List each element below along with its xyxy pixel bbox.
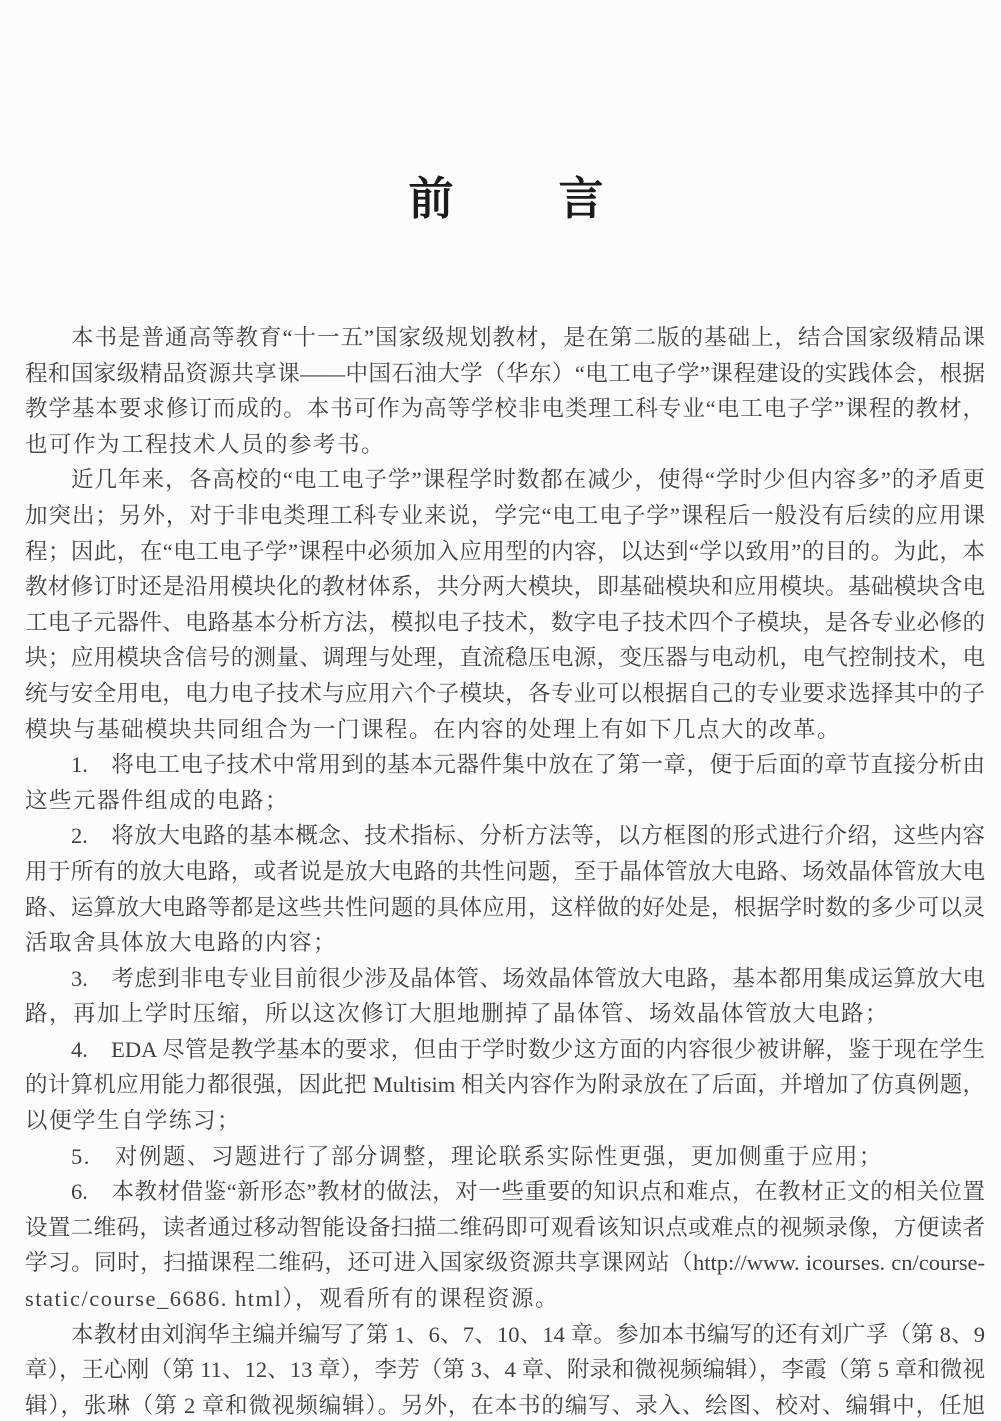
preface-line: 加突出；另外，对于非电类理工科专业来说，学完“电工电子学”课程后一般没有后续的应… <box>25 498 985 534</box>
preface-line: 2. 将放大电路的基本概念、技术指标、分析方法等，以方框图的形式进行介绍，这些内… <box>25 818 985 854</box>
preface-line: 辑），张琳（第 2 章和微视频编辑）。另外，在本书的编写、录入、绘图、校对、编辑… <box>25 1388 985 1421</box>
preface-line: 以便学生自学练习； <box>25 1103 985 1139</box>
preface-line: 设置二维码，读者通过移动智能设备扫描二维码即可观看该知识点或难点的视频录像，方便… <box>25 1210 985 1246</box>
preface-line: 本书是普通高等教育“十一五”国家级规划教材，是在第二版的基础上，结合国家级精品课 <box>25 320 985 356</box>
preface-line: 本教材由刘润华主编并编写了第 1、6、7、10、14 章。参加本书编写的还有刘广… <box>25 1317 985 1353</box>
page-title: 前 言 <box>8 172 1001 226</box>
preface-line: 近几年来，各高校的“电工电子学”课程学时数都在减少，使得“学时少但内容多”的矛盾… <box>25 462 985 498</box>
preface-line: 用于所有的放大电路，或者说是放大电路的共性问题，至于晶体管放大电路、场效晶体管放… <box>25 854 985 890</box>
preface-line: 程和国家级精品资源共享课——中国石油大学（华东）“电工电子学”课程建设的实践体会… <box>25 356 985 392</box>
preface-line: 5. 对例题、习题进行了部分调整，理论联系实际性更强，更加侧重于应用； <box>25 1139 985 1175</box>
preface-line: 这些元器件组成的电路； <box>25 783 985 819</box>
preface-line: 也可作为工程技术人员的参考书。 <box>25 427 985 463</box>
preface-line: 统与安全用电，电力电子技术与应用六个子模块，各专业可以根据自己的专业要求选择其中… <box>25 676 985 712</box>
preface-line: 教学基本要求修订而成的。本书可作为高等学校非电类理工科专业“电工电子学”课程的教… <box>25 391 985 427</box>
preface-body: 本书是普通高等教育“十一五”国家级规划教材，是在第二版的基础上，结合国家级精品课… <box>25 320 985 1421</box>
preface-line: 的计算机应用能力都很强，因此把 Multisim 相关内容作为附录放在了后面，并… <box>25 1067 985 1103</box>
preface-line: 模块与基础模块共同组合为一门课程。在内容的处理上有如下几点大的改革。 <box>25 712 985 748</box>
preface-line: static/course_6686. html），观看所有的课程资源。 <box>25 1281 985 1317</box>
preface-line: 6. 本教材借鉴“新形态”教材的做法，对一些重要的知识点和难点，在教材正文的相关… <box>25 1174 985 1210</box>
preface-line: 学习。同时，扫描课程二维码，还可进入国家级资源共享课网站（http://www.… <box>25 1245 985 1281</box>
preface-line: 工电子元器件、电路基本分析方法，模拟电子技术，数字电子技术四个子模块，是各专业必… <box>25 605 985 641</box>
preface-line: 章），王心刚（第 11、12、13 章），李芳（第 3、4 章、附录和微视频编辑… <box>25 1352 985 1388</box>
preface-line: 活取舍具体放大电路的内容； <box>25 925 985 961</box>
preface-line: 路、运算放大电路等都是这些共性问题的具体应用，这样做的好处是，根据学时数的多少可… <box>25 890 985 926</box>
preface-line: 4. EDA 尽管是教学基本的要求，但由于学时数少这方面的内容很少被讲解，鉴于现… <box>25 1032 985 1068</box>
preface-line: 路，再加上学时压缩，所以这次修订大胆地删掉了晶体管、场效晶体管放大电路； <box>25 996 985 1032</box>
preface-line: 1. 将电工电子技术中常用到的基本元器件集中放在了第一章，便于后面的章节直接分析… <box>25 747 985 783</box>
preface-line: 教材修订时还是沿用模块化的教材体系，共分两大模块，即基础模块和应用模块。基础模块… <box>25 569 985 605</box>
preface-line: 程；因此，在“电工电子学”课程中必须加入应用型的内容，以达到“学以致用”的目的。… <box>25 534 985 570</box>
preface-line: 3. 考虑到非电专业目前很少涉及晶体管、场效晶体管放大电路，基本都用集成运算放大… <box>25 961 985 997</box>
preface-line: 块；应用模块含信号的测量、调理与处理，直流稳压电源，变压器与电动机，电气控制技术… <box>25 640 985 676</box>
preface-page: 前 言 本书是普通高等教育“十一五”国家级规划教材，是在第二版的基础上，结合国家… <box>0 0 1001 1421</box>
